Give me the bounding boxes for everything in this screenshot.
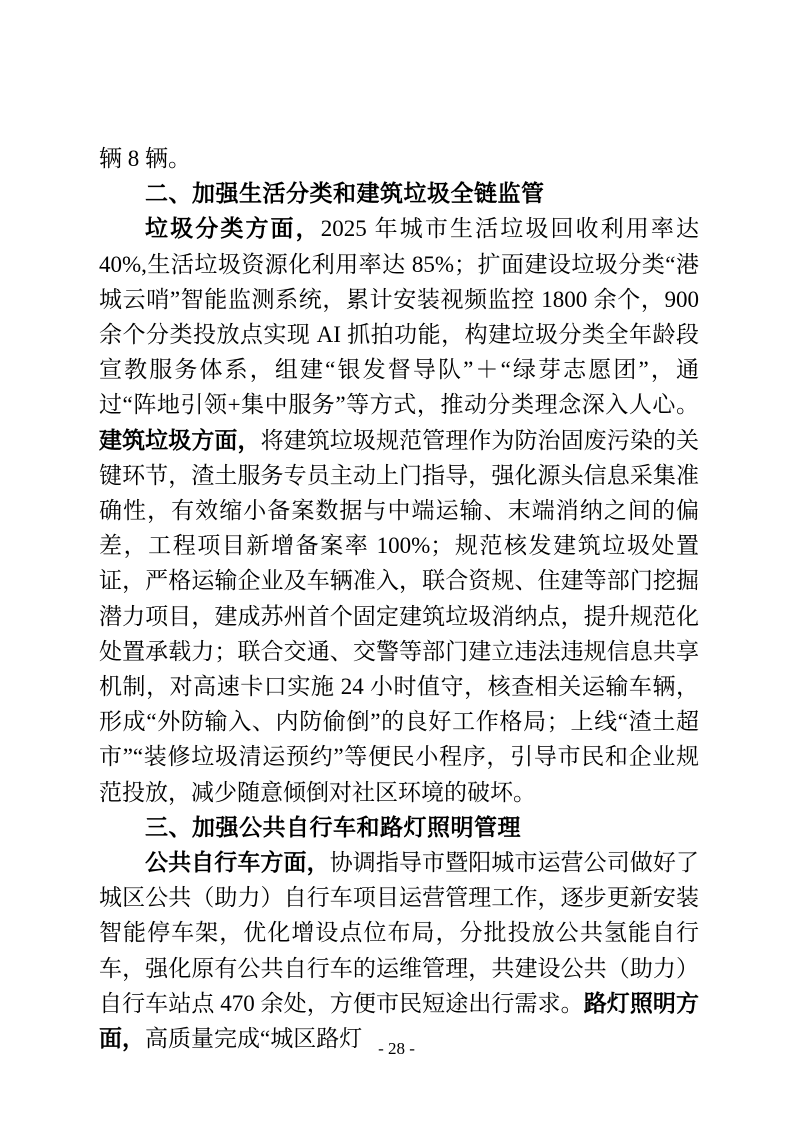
bold-lead-waste-sorting: 垃圾分类方面， <box>145 216 321 241</box>
paragraph-section2: 垃圾分类方面，2025 年城市生活垃圾回收利用率达 40%,生活垃圾资源化利用率… <box>99 211 699 809</box>
section-heading-2: 二、加强生活分类和建筑垃圾全链监管 <box>99 176 699 211</box>
paragraph-section3: 公共自行车方面，协调指导市暨阳城市运营公司做好了城区公共（助力）自行车项目运营管… <box>99 845 699 1056</box>
document-page: 辆 8 辆。 二、加强生活分类和建筑垃圾全链监管 垃圾分类方面，2025 年城市… <box>0 0 793 1122</box>
section-heading-3: 三、加强公共自行车和路灯照明管理 <box>99 810 699 845</box>
text-run-construction-waste: 将建筑垃圾规范管理作为防治固废污染的关键环节，渣土服务专员主动上门指导，强化源头… <box>99 428 699 805</box>
paragraph-continuation: 辆 8 辆。 <box>99 141 699 176</box>
page-number: - 28 - <box>0 1038 793 1060</box>
page-content: 辆 8 辆。 二、加强生活分类和建筑垃圾全链监管 垃圾分类方面，2025 年城市… <box>99 141 699 1056</box>
bold-lead-construction-waste: 建筑垃圾方面， <box>99 428 261 453</box>
text-run-waste-sorting: 2025 年城市生活垃圾回收利用率达 40%,生活垃圾资源化利用率达 85%；扩… <box>99 216 699 417</box>
bold-lead-public-bicycle: 公共自行车方面， <box>145 850 330 875</box>
